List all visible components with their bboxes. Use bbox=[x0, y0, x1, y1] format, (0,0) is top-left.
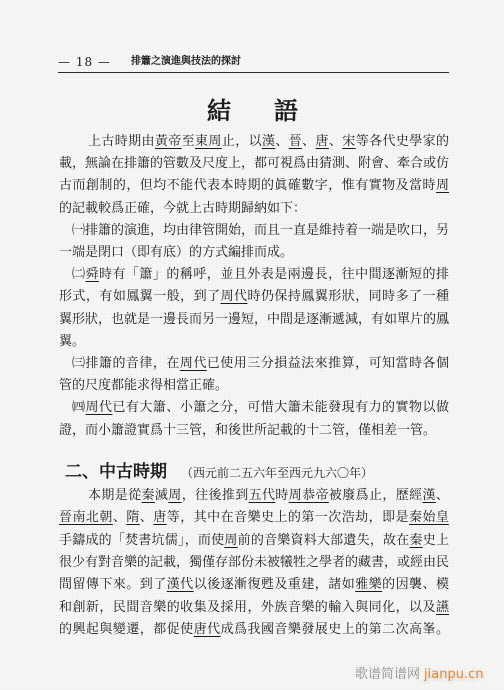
body-line: 一端是閉口（即有底）的方式編排而成。 bbox=[59, 242, 449, 264]
proper-noun-underlined: 唐 bbox=[153, 510, 166, 525]
text-run: 很少有對音樂的記載，獨僅存部份未被犧牲之學者的藏書，或經由民 bbox=[59, 555, 449, 570]
proper-noun-underlined: 舜 bbox=[85, 267, 98, 282]
header-rule bbox=[58, 72, 449, 73]
text-run: 、 bbox=[140, 510, 153, 525]
text-run: 翼形狀，也就是一邊長而另一邊短，中間是逐漸遞減，有如單片的鳳 bbox=[59, 312, 449, 327]
text-run: 、 bbox=[113, 510, 126, 525]
list-item-3: ㈢排簫的音律，在周代已使用三分損益法來推算，可知當時各個律 bbox=[59, 353, 449, 375]
proper-noun-underlined: 秦 bbox=[142, 488, 155, 503]
chapter-title: 結語 bbox=[207, 97, 341, 125]
proper-noun-underlined: 周代 bbox=[85, 400, 112, 415]
body-line: 翼。 bbox=[59, 331, 449, 353]
proper-noun-underlined: 周代 bbox=[180, 356, 207, 371]
text-run: ㈢排簫的音律，在 bbox=[72, 356, 180, 371]
watermark-domain: jianpu.cn bbox=[424, 667, 483, 682]
proper-noun-underlined: 唐代 bbox=[194, 622, 221, 637]
text-run: 、 bbox=[329, 134, 342, 149]
text-run: 時 bbox=[275, 488, 288, 503]
text-run: 的興起與變遷，都促使 bbox=[59, 622, 194, 637]
text-run: 以後逐漸復甦及重建，諸如 bbox=[194, 577, 356, 592]
body-line: 翼形狀，也就是一邊長而另一邊短，中間是逐漸遞減，有如單片的鳳 bbox=[59, 309, 449, 331]
proper-noun-underlined: 周恭帝 bbox=[289, 488, 329, 503]
text-run: 的記載較爲正確，今就上古時期歸納如下： bbox=[59, 201, 306, 216]
text-run: 、 bbox=[436, 488, 449, 503]
text-run: 至 bbox=[182, 134, 195, 149]
text-run: 一端是閉口（即有底）的方式編排而成。 bbox=[59, 245, 293, 260]
proper-noun-underlined: 東周 bbox=[195, 134, 222, 149]
text-run: 形式，有如鳳翼一般，到了 bbox=[59, 289, 221, 304]
body-line: 晉南北朝、隋、唐等，其中在音樂史上的第一次浩劫，即是秦始皇一 bbox=[59, 507, 449, 529]
proper-noun-underlined: 秦 bbox=[410, 533, 423, 548]
proper-noun-underlined: 漢 bbox=[262, 134, 275, 149]
text-run: 上古時期由 bbox=[88, 134, 155, 149]
section-heading: 二、中古時期（西元前二五六年至西元九六〇年） bbox=[65, 461, 373, 483]
page-number: — 18 — bbox=[58, 55, 111, 69]
proper-noun-underlined: 唐 bbox=[316, 134, 329, 149]
text-run: ，往後推到 bbox=[182, 488, 249, 503]
body-line: 的興起與變遷，都促使唐代成爲我國音樂發展史上的第二次高峯。其 bbox=[59, 619, 449, 641]
text-run: 滅 bbox=[155, 488, 168, 503]
proper-noun-underlined: 漢代 bbox=[167, 577, 194, 592]
body-line: 上古時期由黃帝至東周止，以漢、晉、唐、宋等各代史學家的記 bbox=[59, 131, 449, 153]
text-run: 古而創制的，但均不能代表本時期的眞確數字，惟有實物及當時 bbox=[59, 178, 436, 193]
proper-noun-underlined: 周 bbox=[436, 178, 449, 193]
text-run: 翼。 bbox=[59, 334, 85, 349]
text-run: 時有「簫」的稱呼，並且外表是兩邊長，往中間逐漸短的排列 bbox=[72, 267, 449, 286]
body-line: 本期是從秦滅周，往後推到五代時周恭帝被廢爲止，歷經漢、魏 bbox=[59, 485, 449, 507]
proper-noun-underlined: 宋 bbox=[342, 134, 355, 149]
watermark: 歌谱简谱网jianpu.cn bbox=[355, 666, 483, 684]
proper-noun-underlined: 周代 bbox=[221, 289, 248, 304]
text-run: 手鑄成的「焚書坑儒」，而使 bbox=[59, 533, 224, 548]
proper-noun-underlined: 隋 bbox=[126, 510, 139, 525]
body-line: 載，無論在排簫的管數及尺度上，都可視爲由猜測、附會、牽合或仿 bbox=[59, 153, 449, 175]
text-run: 止，以 bbox=[222, 134, 262, 149]
text-run: 等，其中在音樂史上的第一次浩劫，即是 bbox=[167, 510, 409, 525]
text-run: 已有大簫、小簫之分，可惜大簫未能發現有力的實物以做印 bbox=[72, 400, 449, 419]
body-line: 形式，有如鳳翼一般，到了周代時仍保持鳳翼形狀，同時多了一種單 bbox=[59, 286, 449, 308]
text-run: 間留傳下來。到了 bbox=[59, 577, 167, 592]
text-run: 、 bbox=[302, 134, 315, 149]
proper-noun-underlined: 漢 bbox=[423, 488, 436, 503]
text-run: 、 bbox=[275, 134, 288, 149]
proper-noun-underlined: 晉 bbox=[289, 134, 302, 149]
text-run: 史上 bbox=[423, 533, 449, 548]
body-line: 管的尺度都能求得相當正確。 bbox=[59, 375, 449, 397]
list-item-1: ㈠排簫的演進，均由律管開始，而且一直是維持着一端是吹口，另 bbox=[59, 220, 449, 242]
proper-noun-underlined: 雅樂 bbox=[355, 577, 382, 592]
proper-noun-underlined: 周 bbox=[224, 533, 237, 548]
proper-noun-underlined: 黃帝 bbox=[155, 134, 182, 149]
body-line: 很少有對音樂的記載，獨僅存部份未被犧牲之學者的藏書，或經由民 bbox=[59, 552, 449, 574]
running-title: 排簫之演進與技法的探討 bbox=[131, 56, 241, 68]
body-line: 古而創制的，但均不能代表本時期的眞確數字，惟有實物及當時周儒 bbox=[59, 175, 449, 197]
text-run: 本期是從 bbox=[88, 488, 142, 503]
watermark-site-name: 歌谱简谱网 bbox=[355, 667, 420, 682]
text-run: 前的音樂資料大部遺失，故在 bbox=[238, 533, 410, 548]
proper-noun-underlined: 秦始皇 bbox=[409, 510, 449, 525]
proper-noun-underlined: 南北朝 bbox=[72, 510, 112, 525]
text-run: ㈡ bbox=[72, 267, 85, 282]
text-run: 和創新，民間音樂的收集及採用，外族音樂的輸入與同化，以及 bbox=[59, 600, 436, 615]
proper-noun-underlined: 五代 bbox=[249, 488, 276, 503]
body-line: 和創新，民間音樂的收集及採用，外族音樂的輸入與同化，以及讌樂 bbox=[59, 597, 449, 619]
body-line: 的記載較爲正確，今就上古時期歸納如下： bbox=[59, 198, 449, 220]
section-title: 二、中古時期 bbox=[65, 462, 167, 482]
body-line: 證，而小簫證實爲十三管，和後世所記載的十二管，僅相差一管。 bbox=[59, 420, 449, 442]
text-run: ㈣ bbox=[72, 400, 85, 415]
text-run: 被廢爲止，歷經 bbox=[329, 488, 423, 503]
body-line: 間留傳下來。到了漢代以後逐漸復甦及重建，諸如雅樂的因襲、模仿 bbox=[59, 574, 449, 596]
proper-noun-underlined: 周 bbox=[168, 488, 181, 503]
list-item-4: ㈣周代已有大簫、小簫之分，可惜大簫未能發現有力的實物以做印 bbox=[59, 397, 449, 419]
text-run: 管的尺度都能求得相當正確。 bbox=[59, 378, 228, 393]
list-item-2: ㈡舜時有「簫」的稱呼，並且外表是兩邊長，往中間逐漸短的排列 bbox=[59, 264, 449, 286]
text-run: 證，而小簫證實爲十三管，和後世所記載的十二管，僅相差一管。 bbox=[59, 423, 436, 438]
proper-noun-underlined: 晉 bbox=[59, 510, 72, 525]
body-line: 手鑄成的「焚書坑儒」，而使周前的音樂資料大部遺失，故在秦史上 bbox=[59, 530, 449, 552]
text-run: ㈠排簫的演進，均由律管開始，而且一直是維持着一端是吹口，另 bbox=[72, 223, 449, 238]
text-run: 載，無論在排簫的管數及尺度上，都可視爲由猜測、附會、牽合或仿 bbox=[59, 156, 449, 171]
section-date-range: （西元前二五六年至西元九六〇年） bbox=[181, 466, 373, 480]
